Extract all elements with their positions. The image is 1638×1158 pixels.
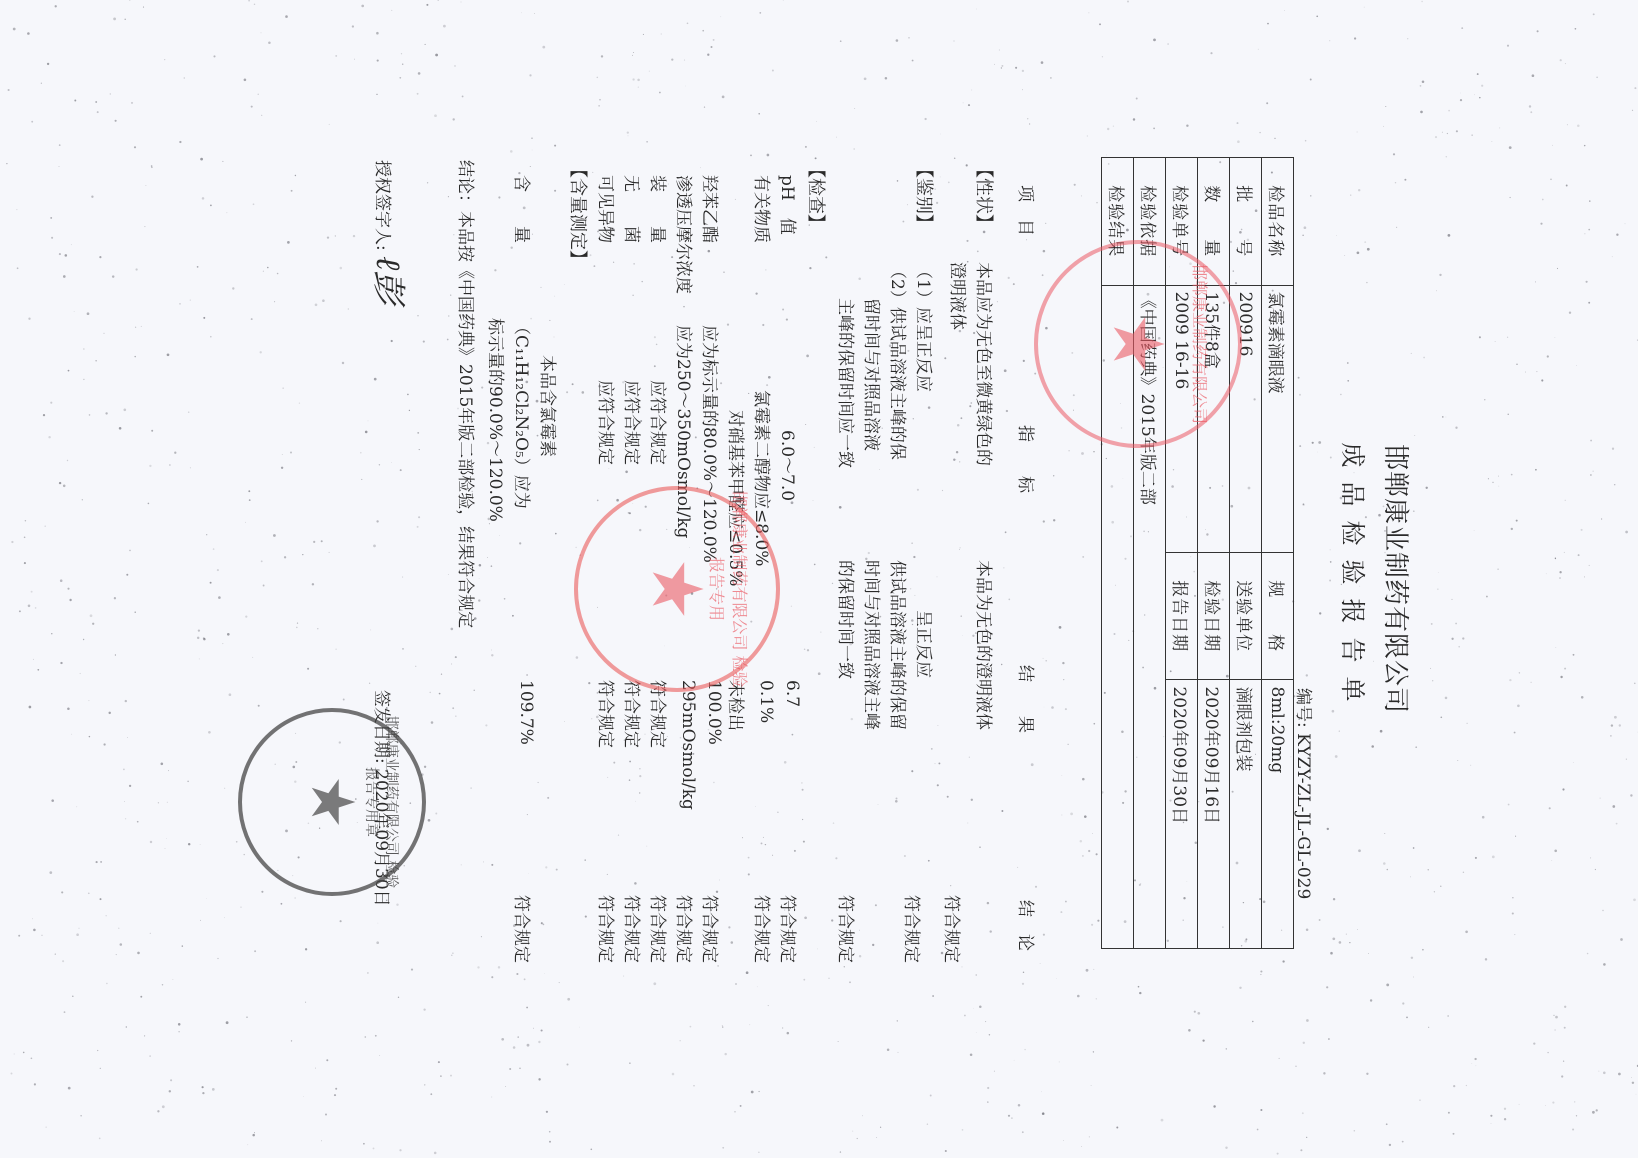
doc-no-value: KYZY-ZL-JL-GL-029 xyxy=(1293,733,1313,899)
test-visible-particles-conclusion: 符合规定 xyxy=(595,895,620,963)
test-paraben-item: 羟苯乙酯 xyxy=(699,175,724,243)
table-row: 批 号 200916 送验单位 滴眼剂包装 xyxy=(1230,158,1262,949)
assay-result: 109.7% xyxy=(516,680,536,745)
spec-value: 8ml:20mg xyxy=(1262,680,1294,949)
identification-2-result-cont: 时间与对照品溶液主峰 xyxy=(861,560,886,730)
seal-text: 邯郸康业制药有限公司 检验报告专用章 xyxy=(362,712,402,892)
assay-standard-cont2: 标示量的90.0%～120.0% xyxy=(485,318,510,522)
assay-standard-cont: （C₁₁H₁₂Cl₂N₂O₅）应为 xyxy=(511,318,536,509)
test-fill-conclusion: 符合规定 xyxy=(647,895,672,963)
appearance-standard: 本品应为无色至微黄绿色的 xyxy=(973,262,998,466)
assay-standard: 本品含氯霉素 xyxy=(537,355,562,457)
test-visible-particles-standard: 应符合规定 xyxy=(595,380,620,465)
test-ph-standard: 6.0～7.0 xyxy=(777,430,802,501)
col-header-result: 结 果 xyxy=(1015,665,1040,733)
appearance-standard-cont: 澄明液体 xyxy=(947,262,972,330)
col-header-conclusion: 结 论 xyxy=(1015,900,1040,951)
identification-1-standard: （1）应呈正反应 xyxy=(913,262,938,392)
test-ph-item: pH 值 xyxy=(777,175,802,235)
star-icon: ★ xyxy=(302,775,362,829)
assay-item: 含 量 xyxy=(511,175,536,243)
star-icon: ★ xyxy=(642,558,712,621)
test-paraben-conclusion: 符合规定 xyxy=(699,895,724,963)
section-appearance: 【性状】 xyxy=(972,160,998,232)
test-visible-particles-item: 可见异物 xyxy=(595,175,620,243)
batch-label: 批 号 xyxy=(1230,158,1262,286)
report-date-value: 2020年09月30日 xyxy=(1166,680,1198,949)
table-row: 检品名称 氯霉素滴眼液 规 格 8ml:20mg xyxy=(1262,158,1294,949)
test-related-conclusion: 符合规定 xyxy=(751,895,776,963)
identification-2-result-cont2: 的保留时间一致 xyxy=(835,560,860,679)
appearance-result: 本品为无色的澄明液体 xyxy=(973,560,998,730)
report-date-label: 报告日期 xyxy=(1166,552,1198,680)
section-tests: 【检查】 xyxy=(804,160,830,232)
test-related-result: 0.1% xyxy=(756,680,776,723)
sender-label: 送验单位 xyxy=(1230,552,1262,680)
star-icon: ★ xyxy=(1103,313,1173,376)
test-related-item: 有关物质 xyxy=(751,175,776,243)
product-name-label: 检品名称 xyxy=(1262,158,1294,286)
section-assay: 【含量测定】 xyxy=(566,160,592,268)
assay-conclusion: 符合规定 xyxy=(511,895,536,963)
identification-1-result: 呈正反应 xyxy=(913,610,938,678)
identification-2-result: 供试品溶液主峰的保留 xyxy=(887,560,912,730)
section-identification: 【鉴别】 xyxy=(912,160,938,232)
identification-2-standard-cont2: 主峰的保留时间应一致 xyxy=(835,298,860,468)
identification-2-conclusion: 符合规定 xyxy=(835,895,860,963)
test-osmolality-conclusion: 符合规定 xyxy=(673,895,698,963)
report-title: 成品检验报告单 xyxy=(1336,0,1372,1158)
inspection-seal-stamp-red: 邯郸康业制药有限公司 检验报告专用 ★ xyxy=(574,486,780,692)
signer-label: 授权签字人: xyxy=(372,160,392,251)
final-conclusion: 结论：本品按《中国药典》2015年版二部检验，结果符合规定 xyxy=(455,160,480,628)
company-name: 邯郸康业制药有限公司 xyxy=(1379,0,1416,1158)
signer: 授权签字人: ℓ彭 xyxy=(367,160,416,304)
col-header-standard: 指 标 xyxy=(1015,425,1040,493)
inspection-seal-stamp-gray: 邯郸康业制药有限公司 检验报告专用章 ★ xyxy=(238,708,426,896)
signature: ℓ彭 xyxy=(368,256,408,304)
document-number: 编号: KYZY-ZL-JL-GL-029 xyxy=(1293,688,1318,899)
test-sterility-standard: 应符合规定 xyxy=(621,380,646,465)
inspection-report-page: 邯郸康业制药有限公司 成品检验报告单 编号: KYZY-ZL-JL-GL-029… xyxy=(0,0,1638,1158)
identification-2-standard-cont: 留时间与对照品溶液 xyxy=(861,298,886,451)
test-osmolality-item: 渗透压摩尔浓度 xyxy=(673,175,698,294)
test-sterility-item: 无 菌 xyxy=(621,175,646,243)
inspect-date-label: 检验日期 xyxy=(1198,552,1230,680)
test-sterility-conclusion: 符合规定 xyxy=(621,895,646,963)
spec-label: 规 格 xyxy=(1262,552,1294,680)
test-visible-particles-result: 符合规定 xyxy=(595,680,620,748)
test-osmolality-result: 295mOsmol/kg xyxy=(678,680,698,810)
test-ph-result: 6.7 xyxy=(782,680,802,707)
seal-text: 邯郸康业制药有限公司 xyxy=(1189,244,1212,444)
test-fill-standard: 应符合规定 xyxy=(647,380,672,465)
sender-value: 滴眼剂包装 xyxy=(1230,680,1262,949)
identification-1-conclusion: 符合规定 xyxy=(901,895,926,963)
test-paraben-result: 100.0% xyxy=(704,680,724,745)
company-seal-stamp: 邯郸康业制药有限公司 ★ xyxy=(1034,240,1242,448)
identification-2-standard: （2）供试品溶液主峰的保 xyxy=(887,262,912,460)
test-ph-conclusion: 符合规定 xyxy=(777,895,802,963)
test-fill-item: 装 量 xyxy=(647,175,672,243)
appearance-conclusion: 符合规定 xyxy=(941,895,966,963)
inspect-date-value: 2020年09月16日 xyxy=(1198,680,1230,949)
col-header-item: 项 目 xyxy=(1015,185,1040,236)
product-name-value: 氯霉素滴眼液 xyxy=(1262,285,1294,552)
test-sterility-result: 符合规定 xyxy=(621,680,646,748)
doc-no-label: 编号: xyxy=(1293,688,1313,728)
